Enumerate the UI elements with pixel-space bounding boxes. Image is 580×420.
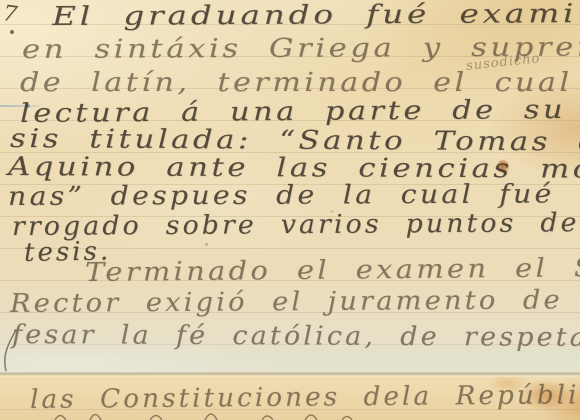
partial-line-strokes (55, 414, 352, 420)
descender-stroke (5, 330, 16, 371)
manuscript-page: 7 El graduando fué examinado en sintáxis… (0, 0, 580, 420)
ink-flourishes (0, 0, 580, 420)
